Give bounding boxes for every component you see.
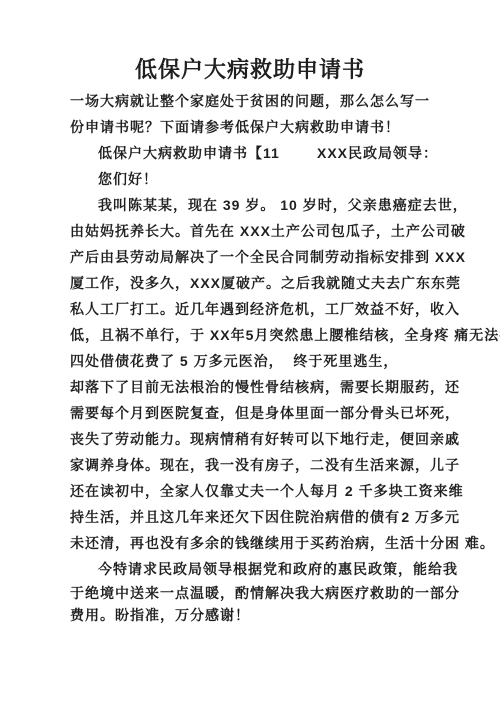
application-letter-page: 低保户大病救助申请书 一场大病就让整个家庭处于贫困的问题，那么怎么写一 份申请书… <box>0 0 500 708</box>
document-line: 今特请求民政局领导根据党和政府的惠民政策，能给我 <box>70 556 438 582</box>
salutation-text: XXX民政局领导： <box>317 140 438 166</box>
document-line: 却落下了目前无法根治的慢性骨结核病，需要长期服药，还 <box>70 374 438 400</box>
document-line: 未还清，再也没有多余的钱继续用于买药治病，生活十分困 难。 <box>70 530 460 556</box>
debt-amount-text: 2 万多元 <box>401 504 460 530</box>
debt-line-left-text: 持生活，并且这几年来还欠下因住院治病借的债有 <box>70 504 400 530</box>
document-line: 我叫陈某某，现在 39 岁。 10 岁时，父亲患癌症去世， <box>70 192 438 218</box>
document-title: 低保户大病救助申请书 <box>0 53 500 84</box>
document-line: 丧失了劳动能力。现病情稍有好转可以下地行走，便回亲戚 <box>70 426 438 452</box>
document-line: 四处借债花费了 5 万多元医治， 终于死里逃生， <box>70 348 438 374</box>
document-line: 产后由县劳动局解决了一个全民合同制劳动指标安排到 XXX <box>70 244 438 270</box>
document-line-closing: 费用。盼指准，万分感谢！ <box>70 604 438 626</box>
subtitle-left-text: 低保户大病救助申请书【11 <box>98 140 280 166</box>
document-line-debt-amount: 持生活，并且这几年来还欠下因住院治病借的债有 2 万多元 <box>70 504 460 530</box>
document-line: 厦工作，没多久，XXX厦破产。之后我就随丈夫去广东东莞 <box>70 270 438 296</box>
document-line: 一场大病就让整个家庭处于贫困的问题，那么怎么写一 <box>70 88 438 114</box>
document-line: 于绝境中送来一点温暖，酌情解决我大病医疗救助的一部分 <box>70 582 438 604</box>
document-line: 还在读初中，全家人仅靠丈夫一个人每月 2 千多块工资来维 <box>70 478 438 504</box>
document-line: 低，且祸不单行，于 XX年5月突然患上腰椎结核，全身疼 痛无法行走。 <box>70 322 460 348</box>
document-line: 由姑妈抚养长大。首先在 XXX土产公司包瓜子，土产公司破 <box>70 218 438 244</box>
document-line: 需要每个月到医院复查，但是身体里面一部分骨头已坏死， <box>70 400 438 426</box>
document-line: 份申请书呢？下面请参考低保户大病救助申请书！ <box>70 114 438 140</box>
document-line-subtitle-and-salutation: 低保户大病救助申请书【11 XXX民政局领导： <box>70 140 438 166</box>
document-line: 家调养身体。现在，我一没有房子，二没有生活来源，儿子 <box>70 452 438 478</box>
document-line-greeting: 您们好！ <box>70 166 438 192</box>
document-body: 一场大病就让整个家庭处于贫困的问题，那么怎么写一 份申请书呢？下面请参考低保户大… <box>70 88 438 626</box>
document-line: 私人工厂打工。近几年遇到经济危机，工厂效益不好，收入 <box>70 296 438 322</box>
